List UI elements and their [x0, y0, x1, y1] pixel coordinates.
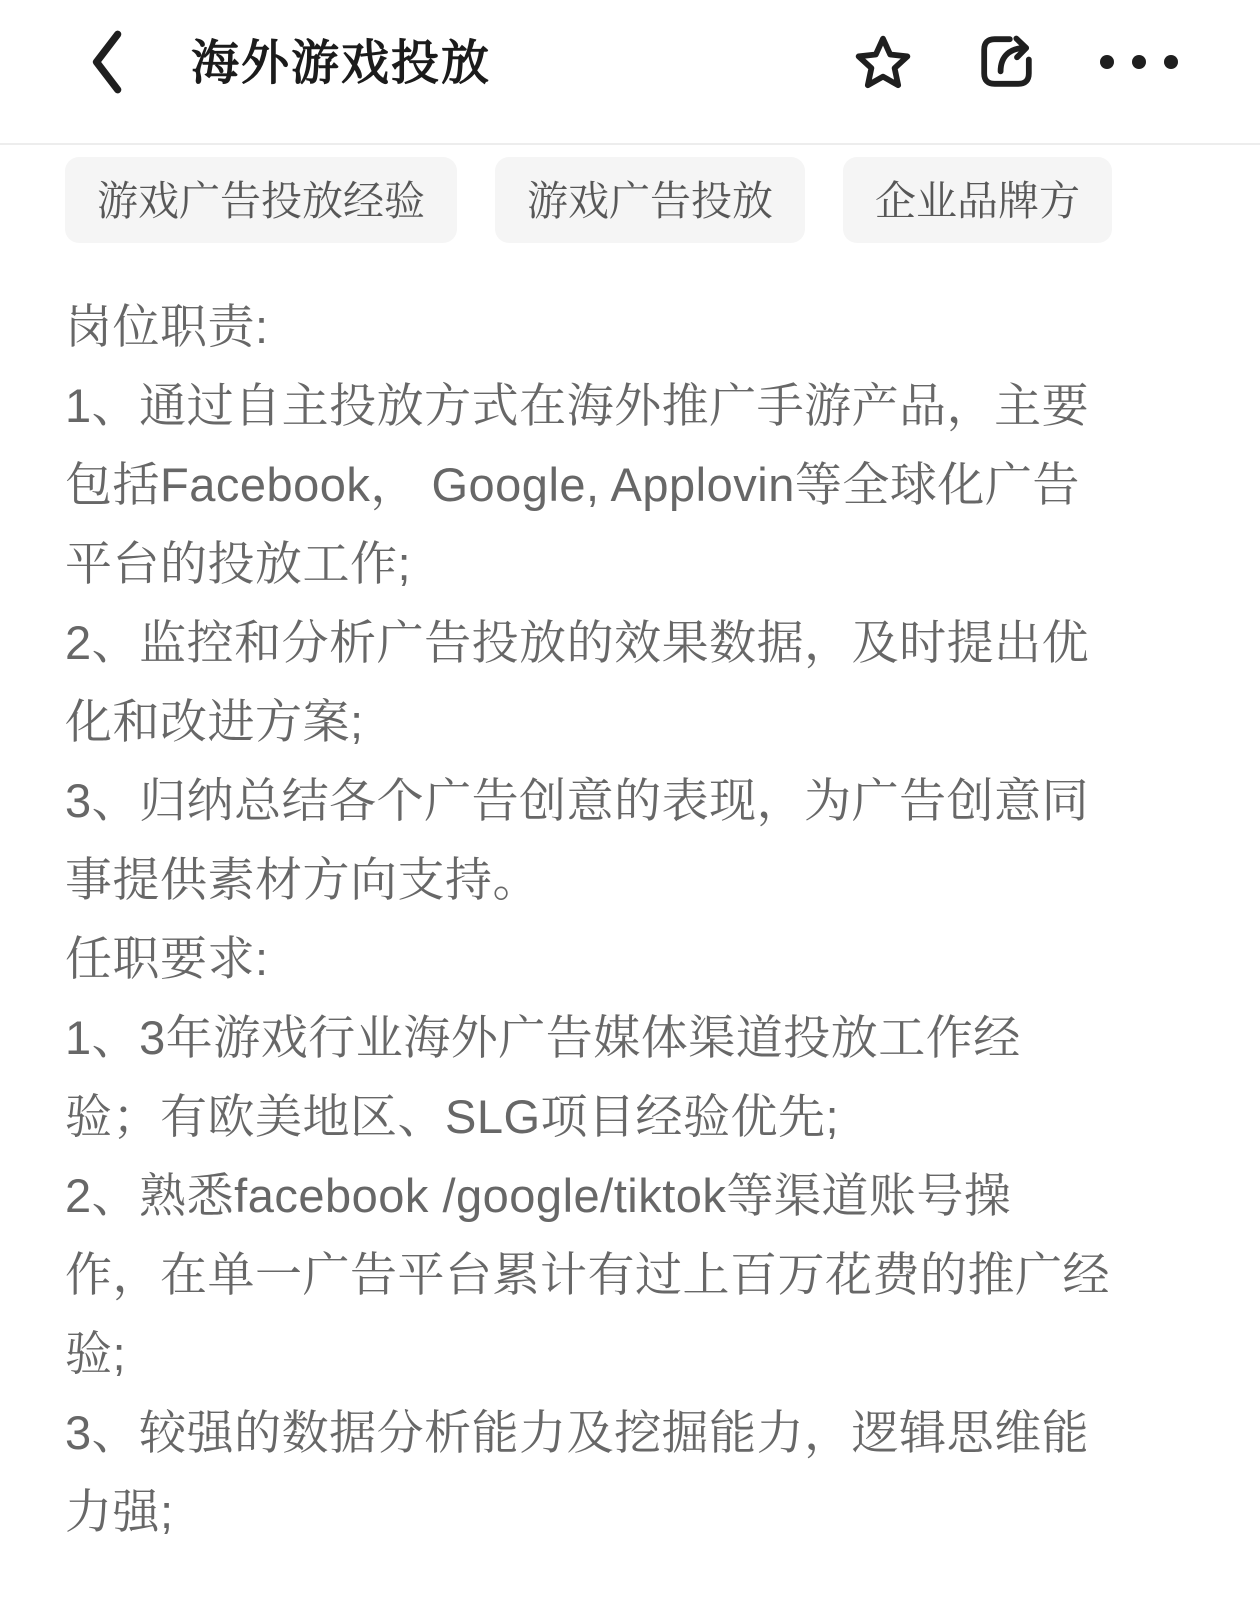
tag-list: 游戏广告投放经验 游戏广告投放 企业品牌方 — [0, 145, 1260, 243]
page-title: 海外游戏投放 — [191, 36, 851, 88]
favorite-button[interactable] — [851, 30, 915, 94]
tag-pill: 游戏广告投放 — [495, 157, 805, 243]
navbar: 海外游戏投放 — [0, 0, 1260, 143]
share-button[interactable] — [975, 30, 1038, 93]
more-button[interactable] — [1098, 53, 1180, 71]
chevron-left-icon — [85, 27, 127, 97]
star-outline-icon — [851, 30, 915, 94]
share-arrow-icon — [975, 30, 1038, 93]
ellipsis-icon — [1098, 53, 1180, 71]
job-detail-screen: 海外游戏投放 — [0, 0, 1260, 1609]
back-button[interactable] — [85, 24, 145, 100]
tag-pill: 企业品牌方 — [843, 157, 1112, 243]
tag-pill: 游戏广告投放经验 — [65, 157, 457, 243]
job-description: 岗位职责: 1、通过自主投放方式在海外推广手游产品，主要 包括Facebook，… — [65, 287, 1198, 1551]
nav-actions — [851, 30, 1180, 94]
